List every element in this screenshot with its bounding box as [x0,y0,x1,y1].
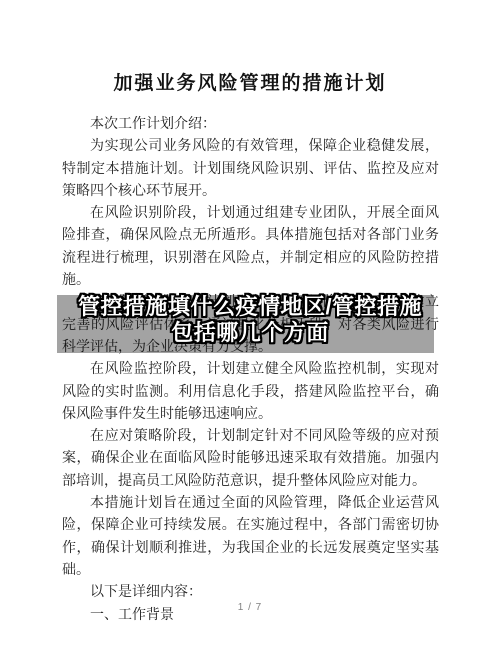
document-paragraph: 在风险监控阶段，计划建立健全风险监控机制，实现对风险的实时监测。利用信息化手段，… [62,359,439,426]
document-page: 加强业务风险管理的措施计划 本次工作计划介绍： 为实现公司业务风险的有效管理，保… [0,0,500,647]
document-paragraph: 本措施计划旨在通过全面的风险管理，降低企业运营风险，保障企业可持续发展。在实施过… [62,493,439,582]
document-paragraph: 为实现公司业务风险的有效管理，保障企业稳健发展，特制定本措施计划。计划围绕风险识… [62,136,439,203]
document-title: 加强业务风险管理的措施计划 [0,68,500,95]
caption-overlay-text: 管控措施填什么疫情地区/管控措施 包括哪几个方面 [40,294,460,346]
page-indicator: 1 / 7 [0,602,500,613]
document-paragraph: 本次工作计划介绍： [62,114,439,136]
caption-line-2: 包括哪几个方面 [40,320,460,346]
document-paragraph: 在应对策略阶段，计划制定针对不同风险等级的应对预案，确保企业在面临风险时能够迅速… [62,426,439,493]
document-body: 本次工作计划介绍： 为实现公司业务风险的有效管理，保障企业稳健发展，特制定本措施… [62,114,439,627]
document-paragraph: 在风险识别阶段，计划通过组建专业团队，开展全面风险排查，确保风险点无所遁形。具体… [62,203,439,292]
caption-line-1: 管控措施填什么疫情地区/管控措施 [40,294,460,320]
